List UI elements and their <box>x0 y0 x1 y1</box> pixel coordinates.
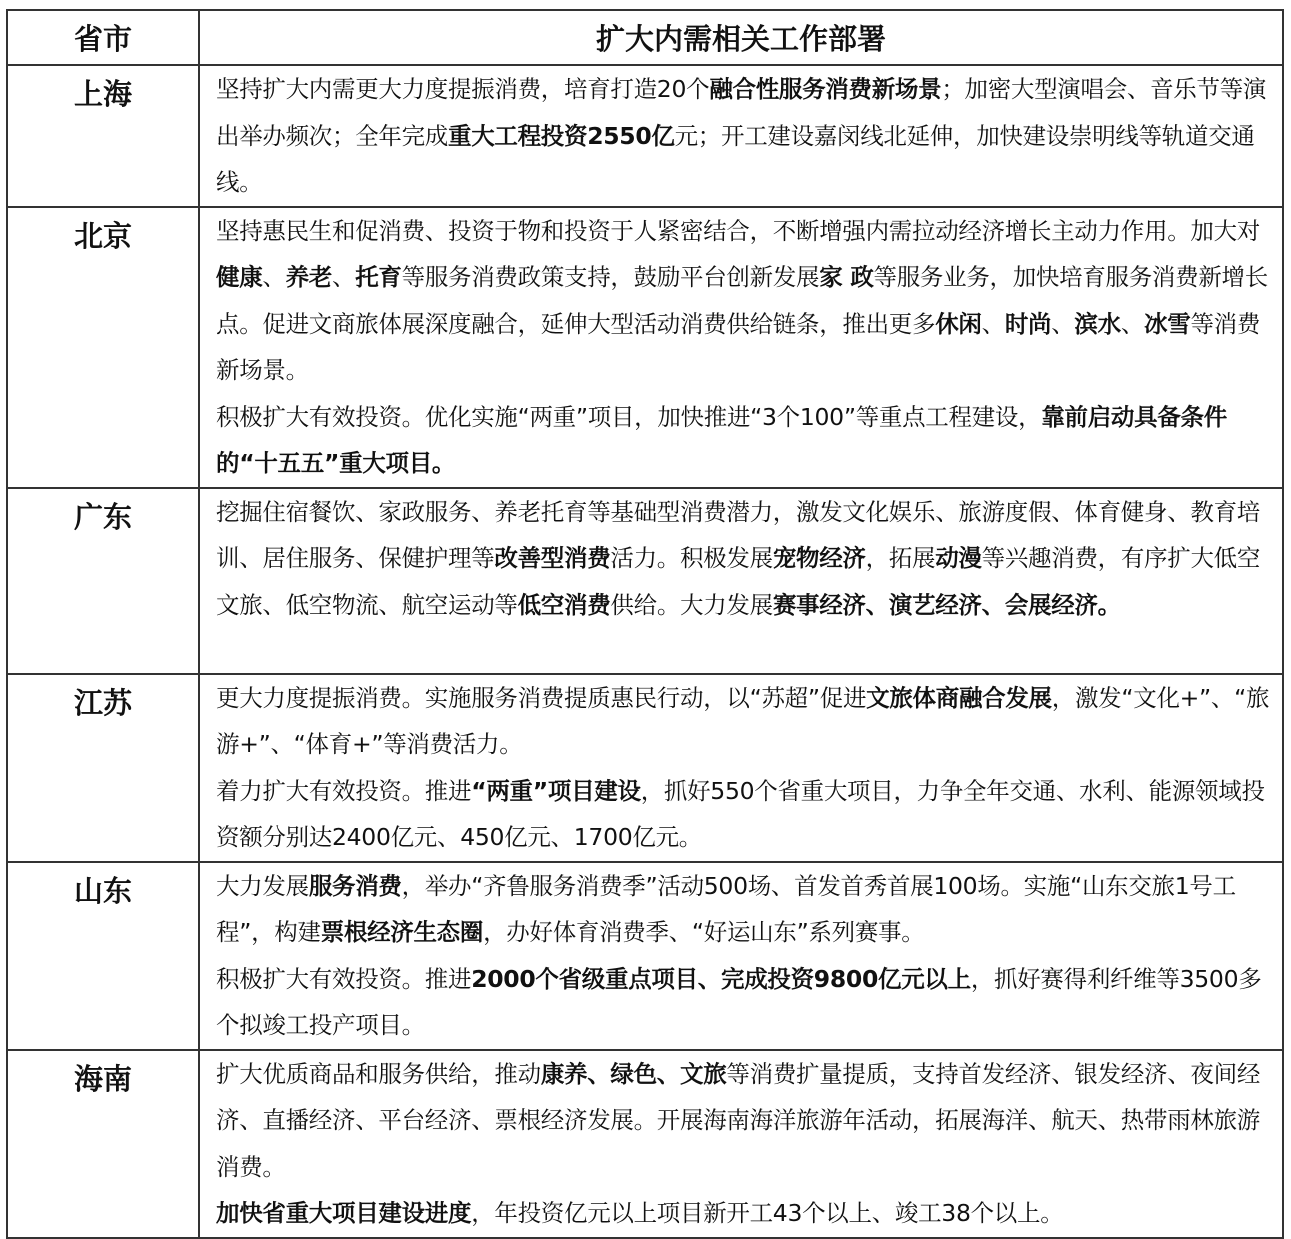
bold-text: 服务消费 <box>309 872 402 900</box>
text-run: 扩大优质商品和服务供给，推动 <box>216 1060 541 1088</box>
bold-text: 休闲 <box>935 310 981 338</box>
table-row: 北京 坚持惠民生和促消费、投资于物和投资于人紧密结合，不断增强内需拉动经济增长主… <box>7 207 1283 488</box>
province-cell: 海南 <box>7 1050 199 1238</box>
content-paragraph: 扩大优质商品和服务供给，推动康养、绿色、文旅等消费扩量提质，支持首发经济、银发经… <box>216 1051 1270 1191</box>
table-row: 山东 大力发展服务消费，举办“齐鲁服务消费季”活动500场、首发首秀首展100场… <box>7 862 1283 1050</box>
content-paragraph: 挖掘住宿餐饮、家政服务、养老托育等基础型消费潜力，激发文化娱乐、旅游度假、体育健… <box>216 489 1270 629</box>
text-run: 坚持扩大内需更大力度提振消费，培育打造20个 <box>216 75 709 103</box>
table-row: 上海 坚持扩大内需更大力度提振消费，培育打造20个融合性服务消费新场景；加密大型… <box>7 65 1283 207</box>
content-paragraph: 大力发展服务消费，举办“齐鲁服务消费季”活动500场、首发首秀首展100场。实施… <box>216 863 1270 956</box>
text-run: 、 <box>332 263 355 291</box>
text-run: 大力发展 <box>216 872 309 900</box>
province-cell: 广东 <box>7 488 199 674</box>
content-cell: 扩大优质商品和服务供给，推动康养、绿色、文旅等消费扩量提质，支持首发经济、银发经… <box>199 1050 1283 1238</box>
bold-text: 低空消费 <box>518 591 611 619</box>
table-body: 上海 坚持扩大内需更大力度提振消费，培育打造20个融合性服务消费新场景；加密大型… <box>7 65 1283 1238</box>
text-run: 、 <box>1121 310 1144 338</box>
bold-text: 养老 <box>286 263 332 291</box>
content-paragraph: 坚持扩大内需更大力度提振消费，培育打造20个融合性服务消费新场景；加密大型演唱会… <box>216 66 1270 206</box>
text-run: 坚持惠民生和促消费、投资于物和投资于人紧密结合，不断增强内需拉动经济增长主动力作… <box>216 217 1260 245</box>
bold-text: 健康 <box>216 263 262 291</box>
bold-text: 融合性服务消费新场景 <box>709 75 941 103</box>
content-cell: 坚持惠民生和促消费、投资于物和投资于人紧密结合，不断增强内需拉动经济增长主动力作… <box>199 207 1283 488</box>
content-paragraph: 积极扩大有效投资。推进2000个省级重点项目、完成投资9800亿元以上，抓好赛得… <box>216 956 1270 1049</box>
text-run: 、 <box>262 263 285 291</box>
bold-text: 2000个省级重点项目、完成投资9800亿元以上 <box>471 965 971 993</box>
content-paragraph: 更大力度提振消费。实施服务消费提质惠民行动，以“苏超”促进文旅体商融合发展，激发… <box>216 675 1270 768</box>
bold-text: 托育 <box>355 263 401 291</box>
text-run: ，拓展 <box>866 544 936 572</box>
bold-text: 动漫 <box>935 544 981 572</box>
table-row: 广东 挖掘住宿餐饮、家政服务、养老托育等基础型消费潜力，激发文化娱乐、旅游度假、… <box>7 488 1283 674</box>
text-run: ，办好体育消费季、“好运山东”系列赛事。 <box>483 918 924 946</box>
policy-table: 省市 扩大内需相关工作部署 上海 坚持扩大内需更大力度提振消费，培育打造20个融… <box>6 9 1284 1239</box>
content-paragraph: 积极扩大有效投资。优化实施“两重”项目，加快推进“3个100”等重点工程建设，靠… <box>216 394 1270 487</box>
text-run: 等服务消费政策支持，鼓励平台创新发展 <box>402 263 820 291</box>
bold-text: 文旅体商融合发展 <box>866 684 1052 712</box>
table-row: 海南 扩大优质商品和服务供给，推动康养、绿色、文旅等消费扩量提质，支持首发经济、… <box>7 1050 1283 1238</box>
bold-text: 票根经济生态圈 <box>321 918 483 946</box>
content-paragraph: 加快省重大项目建设进度，年投资亿元以上项目新开工43个以上、竣工38个以上。 <box>216 1190 1270 1237</box>
content-cell: 坚持扩大内需更大力度提振消费，培育打造20个融合性服务消费新场景；加密大型演唱会… <box>199 65 1283 207</box>
text-run: 、 <box>982 310 1005 338</box>
province-cell: 江苏 <box>7 674 199 862</box>
content-cell: 更大力度提振消费。实施服务消费提质惠民行动，以“苏超”促进文旅体商融合发展，激发… <box>199 674 1283 862</box>
content-paragraph: 着力扩大有效投资。推进“两重”项目建设，抓好550个省重大项目，力争全年交通、水… <box>216 768 1270 861</box>
content-cell: 挖掘住宿餐饮、家政服务、养老托育等基础型消费潜力，激发文化娱乐、旅游度假、体育健… <box>199 488 1283 674</box>
text-run: 积极扩大有效投资。优化实施“两重”项目，加快推进“3个100”等重点工程建设， <box>216 403 1041 431</box>
content-paragraph: 坚持惠民生和促消费、投资于物和投资于人紧密结合，不断增强内需拉动经济增长主动力作… <box>216 208 1270 394</box>
province-cell: 山东 <box>7 862 199 1050</box>
bold-text: 赛事经济、演艺经济、会展经济。 <box>773 591 1121 619</box>
bold-text: “两重”项目建设 <box>471 777 641 805</box>
text-run: 活力。积极发展 <box>610 544 772 572</box>
bold-text: 时尚 <box>1005 310 1051 338</box>
table-row: 江苏 更大力度提振消费。实施服务消费提质惠民行动，以“苏超”促进文旅体商融合发展… <box>7 674 1283 862</box>
text-run: ，年投资亿元以上项目新开工43个以上、竣工38个以上。 <box>471 1199 1063 1227</box>
text-run: 供给。大力发展 <box>610 591 772 619</box>
text-run: 、 <box>1051 310 1074 338</box>
text-run: 更大力度提振消费。实施服务消费提质惠民行动，以“苏超”促进 <box>216 684 866 712</box>
text-run: 着力扩大有效投资。推进 <box>216 777 471 805</box>
province-cell: 上海 <box>7 65 199 207</box>
bold-text: 加快省重大项目建设进度 <box>216 1199 471 1227</box>
bold-text: 重大工程投资2550亿 <box>448 122 675 150</box>
bold-text: 家 政 <box>819 263 873 291</box>
content-cell: 大力发展服务消费，举办“齐鲁服务消费季”活动500场、首发首秀首展100场。实施… <box>199 862 1283 1050</box>
text-run: 积极扩大有效投资。推进 <box>216 965 471 993</box>
bold-text: 康养、绿色、文旅 <box>541 1060 727 1088</box>
bold-text: 冰雪 <box>1144 310 1190 338</box>
bold-text: 宠物经济 <box>773 544 866 572</box>
bold-text: 改善型消费 <box>494 544 610 572</box>
header-content: 扩大内需相关工作部署 <box>199 10 1283 65</box>
bold-text: 滨水 <box>1074 310 1120 338</box>
province-cell: 北京 <box>7 207 199 488</box>
table-header-row: 省市 扩大内需相关工作部署 <box>7 10 1283 65</box>
header-province: 省市 <box>7 10 199 65</box>
